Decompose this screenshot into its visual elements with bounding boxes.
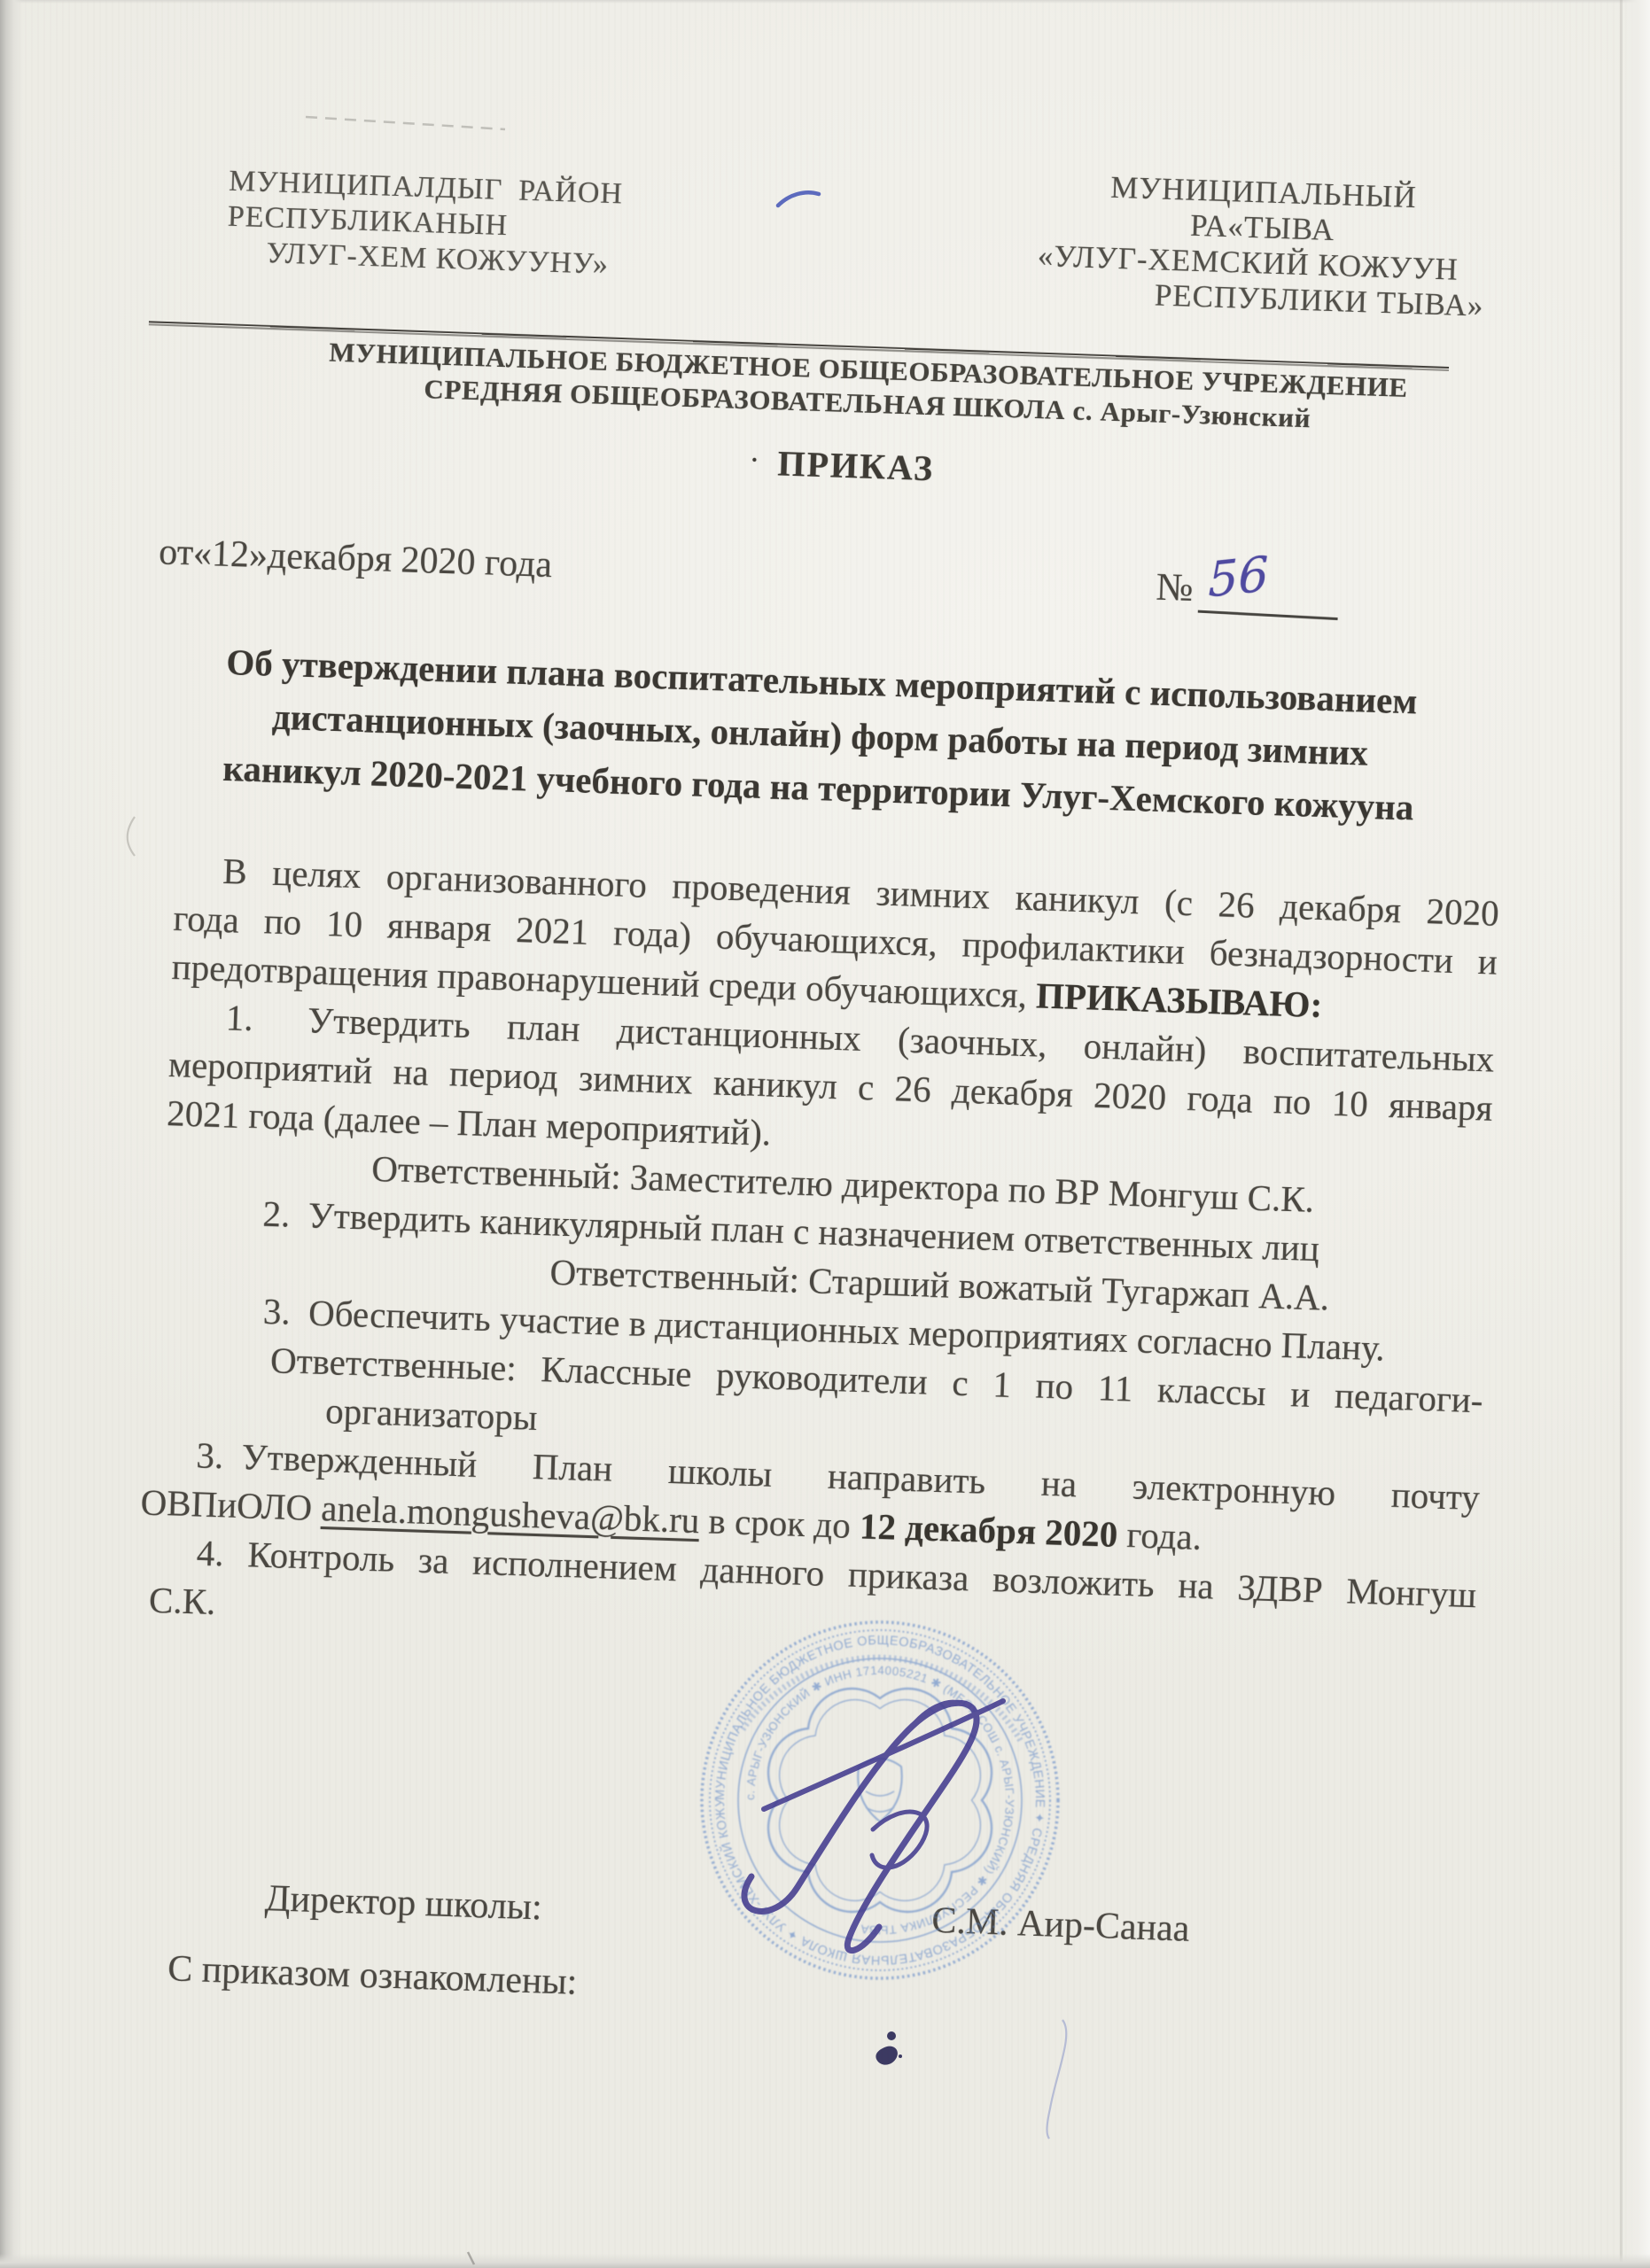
order-number-sign: № bbox=[1156, 565, 1195, 610]
letterhead-right-block: МУНИЦИПАЛЬНЫЙ РА«ТЫВА «УЛУГ-ХЕМСКИЙ КОЖУ… bbox=[1036, 167, 1488, 324]
date-number-row: от«12»декабря 2020 года № 56 bbox=[140, 531, 1510, 621]
order-keyword: ПРИКАЗЫВАЮ: bbox=[1035, 975, 1323, 1025]
order-body: В целях организованного проведения зимни… bbox=[137, 845, 1499, 2037]
email-middle-text: в срок до bbox=[699, 1500, 860, 1546]
deadline-date: 12 декабря 2020 bbox=[859, 1505, 1118, 1555]
scan-edge-bottom bbox=[0, 2254, 1650, 2268]
scan-edge-right bbox=[1620, 0, 1650, 2268]
order-number-group: № 56 bbox=[1156, 564, 1312, 615]
scan-edge-left bbox=[0, 0, 23, 2268]
order-number-underline bbox=[1198, 610, 1338, 621]
email-prefix: ОВПиОЛО bbox=[140, 1481, 322, 1528]
director-name: С.М. Аир-Санаа bbox=[930, 1897, 1190, 1954]
title-dot-mark: · bbox=[751, 447, 759, 472]
order-date: от«12»декабря 2020 года bbox=[158, 531, 552, 589]
order-number-handwritten: 56 bbox=[1208, 546, 1268, 609]
signature-row: Директор школы: С.М. Аир-Санаа bbox=[140, 1870, 1466, 1963]
email-address: anela.mongusheva@bk.ru bbox=[321, 1487, 700, 1541]
letterhead: МУНИЦИПАЛДЫГ РАЙОН РЕСПУБЛИКАНЫН УЛУГ-ХЕ… bbox=[151, 161, 1523, 325]
order-subject: Об утверждении плана воспитательных меро… bbox=[133, 633, 1506, 837]
director-label: Директор школы: bbox=[264, 1875, 542, 1932]
ink-blot bbox=[876, 2031, 902, 2065]
scanned-order-page: МУНИЦИПАЛДЫГ РАЙОН РЕСПУБЛИКАНЫН УЛУГ-ХЕ… bbox=[0, 0, 1650, 2268]
acknowledged-label: С приказом ознакомлены: bbox=[167, 1946, 1463, 2037]
document-title: ПРИКАЗ bbox=[777, 443, 935, 488]
letterhead-left-block: МУНИЦИПАЛДЫГ РАЙОН РЕСПУБЛИКАНЫН УЛУГ-ХЕ… bbox=[225, 164, 778, 300]
page-curl-line bbox=[1047, 2020, 1067, 2139]
email-suffix: года. bbox=[1117, 1514, 1202, 1557]
document-content: МУНИЦИПАЛДЫГ РАЙОН РЕСПУБЛИКАНЫН УЛУГ-ХЕ… bbox=[93, 0, 1528, 2037]
